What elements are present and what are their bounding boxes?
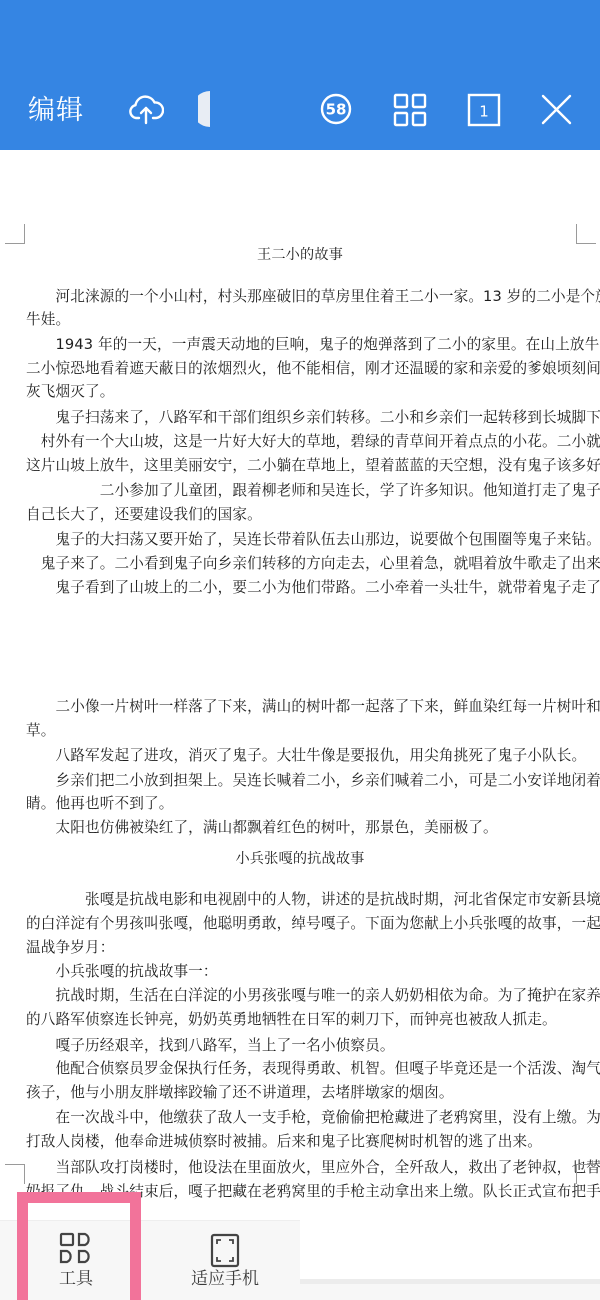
badge-58-icon[interactable]: 58 (320, 93, 352, 125)
text-line: 的白洋淀有个男孩叫张嘎，他聪明勇敢，绰号嘎子。下面为您献上小兵张嘎的故事，一起重 (26, 912, 578, 936)
text-line: 二小参加了儿童团，跟着柳老师和吴连长，学了许多知识。他知道打走了鬼子， (26, 479, 578, 503)
text-line: 灰飞烟灭了。 (26, 380, 578, 404)
svg-text:58: 58 (326, 101, 347, 119)
night-mode-icon[interactable] (198, 90, 212, 128)
text-line: 鬼子来了。二小看到鬼子向乡亲们转移的方向走去，心里着急，就唱着放牛歌走了出来。 (26, 552, 578, 576)
bottom-toolbar: 工具 适应手机 (0, 1220, 600, 1300)
close-icon[interactable] (540, 93, 573, 126)
text-line: 张嘎是抗战电影和电视剧中的人物，讲述的是抗战时期，河北省保定市安新县境内 (26, 888, 578, 912)
text-line: 鬼子看到了山坡上的二小，要二小为他们带路。二小牵着一头壮牛，就带着鬼子走了。 (26, 576, 578, 600)
top-app-bar: 编辑 58 1 (0, 0, 600, 150)
text-line: 河北涞源的一个小山村，村头那座破旧的草房里住着王二小一家。13 岁的二小是个放 (26, 285, 578, 309)
text-line: 八路军发起了进攻，消灭了鬼子。大壮牛像是要报仇，用尖角挑死了鬼子小队长。 (26, 744, 578, 768)
fit-phone-button[interactable]: 适应手机 (165, 1221, 285, 1300)
text-line: 的八路军侦察连长钟亮，奶奶英勇地牺牲在日军的刺刀下，而钟亮也被敌人抓走。 (26, 1008, 578, 1032)
text-line: 奶报了仇。战斗结束后，嘎子把藏在老鸦窝里的手枪主动拿出来上缴。队长正式宣布把手枪 (26, 1180, 578, 1204)
text-line: 太阳也仿佛被染红了，满山都飘着红色的树叶，那景色，美丽极了。 (26, 816, 578, 840)
text-line: 他配合侦察员罗金保执行任务，表现得勇敢、机智。但嘎子毕竟还是一个活泼、淘气的 (26, 1057, 578, 1081)
fit-phone-label: 适应手机 (165, 1267, 285, 1291)
text-line: 这片山坡上放牛，这里美丽安宁，二小躺在草地上，望着蓝蓝的天空想，没有鬼子该多好。 (26, 454, 578, 478)
page-corner-mark (5, 1164, 25, 1184)
text-line: 乡亲们把二小放到担架上。吴连长喊着二小，乡亲们喊着二小，可是二小安详地闭着眼 (26, 769, 578, 793)
text-line: 牛娃。 (26, 308, 578, 332)
text-line: 自己长大了，还要建设我们的国家。 (26, 503, 578, 527)
text-line: 二小惊恐地看着遮天蔽日的浓烟烈火，他不能相信，刚才还温暖的家和亲爱的爹娘顷刻间就 (26, 357, 578, 381)
page-corner-mark (576, 1164, 596, 1184)
story-title: 王二小的故事 (0, 243, 600, 267)
svg-text:1: 1 (479, 103, 489, 121)
text-line: 当部队攻打岗楼时，他设法在里面放火，里应外合，全歼敌人，救出了老钟叔，也替奶 (26, 1156, 578, 1180)
story-title: 小兵张嘎的抗战故事 (0, 847, 600, 871)
text-line: 温战争岁月： (26, 936, 578, 960)
text-line: 草。 (26, 719, 578, 743)
text-line: 小兵张嘎的抗战故事一： (26, 960, 578, 984)
text-line: 鬼子的大扫荡又要开始了，吴连长带着队伍去山那边，说要做个包围圈等鬼子来钻。 (26, 528, 578, 552)
text-line: 1943 年的一天，一声震天动地的巨响，鬼子的炮弹落到了二小的家里。在山上放牛的 (26, 333, 578, 357)
page-count-icon[interactable]: 1 (467, 93, 501, 127)
tools-icon (59, 1232, 93, 1264)
fit-screen-icon (210, 1233, 240, 1268)
document-view[interactable]: 王二小的故事 河北涞源的一个小山村，村头那座破旧的草房里住着王二小一家。13 岁… (0, 150, 600, 1200)
text-line: 睛。他再也听不到了。 (26, 792, 578, 816)
text-line: 鬼子扫荡来了，八路军和干部们组织乡亲们转移。二小和乡亲们一起转移到长城脚下。 (26, 406, 578, 430)
page-corner-mark (5, 224, 25, 244)
edit-button[interactable]: 编辑 (28, 94, 84, 128)
page-corner-mark (576, 224, 596, 244)
text-line: 打敌人岗楼，他奉命进城侦察时被捕。后来和鬼子比赛爬树时机智的逃了出来。 (26, 1130, 578, 1154)
text-line: 二小像一片树叶一样落了下来，满山的树叶都一起落了下来，鲜血染红每一片树叶和绿 (26, 695, 578, 719)
toolbar-empty-area (300, 1220, 600, 1284)
text-line: 在一次战斗中，他缴获了敌人一支手枪，竟偷偷把枪藏进了老鸦窝里，没有上缴。为攻 (26, 1106, 578, 1130)
text-line: 嘎子历经艰辛，找到八路军，当上了一名小侦察员。 (26, 1034, 578, 1058)
toolbar-buttons: 工具 适应手机 (0, 1220, 300, 1300)
text-line: 村外有一个大山坡，这是一片好大好大的草地，碧绿的青草间开着点点的小花。二小就在 (26, 430, 578, 454)
tools-label: 工具 (16, 1267, 136, 1291)
cloud-upload-icon[interactable] (128, 92, 164, 126)
text-line: 孩子，他与小朋友胖墩摔跤输了还不讲道理，去堵胖墩家的烟囱。 (26, 1081, 578, 1105)
text-line: 抗战时期，生活在白洋淀的小男孩张嘎与唯一的亲人奶奶相依为命。为了掩护在家养伤 (26, 984, 578, 1008)
grid-view-icon[interactable] (393, 93, 427, 127)
tools-button[interactable]: 工具 (16, 1221, 136, 1300)
